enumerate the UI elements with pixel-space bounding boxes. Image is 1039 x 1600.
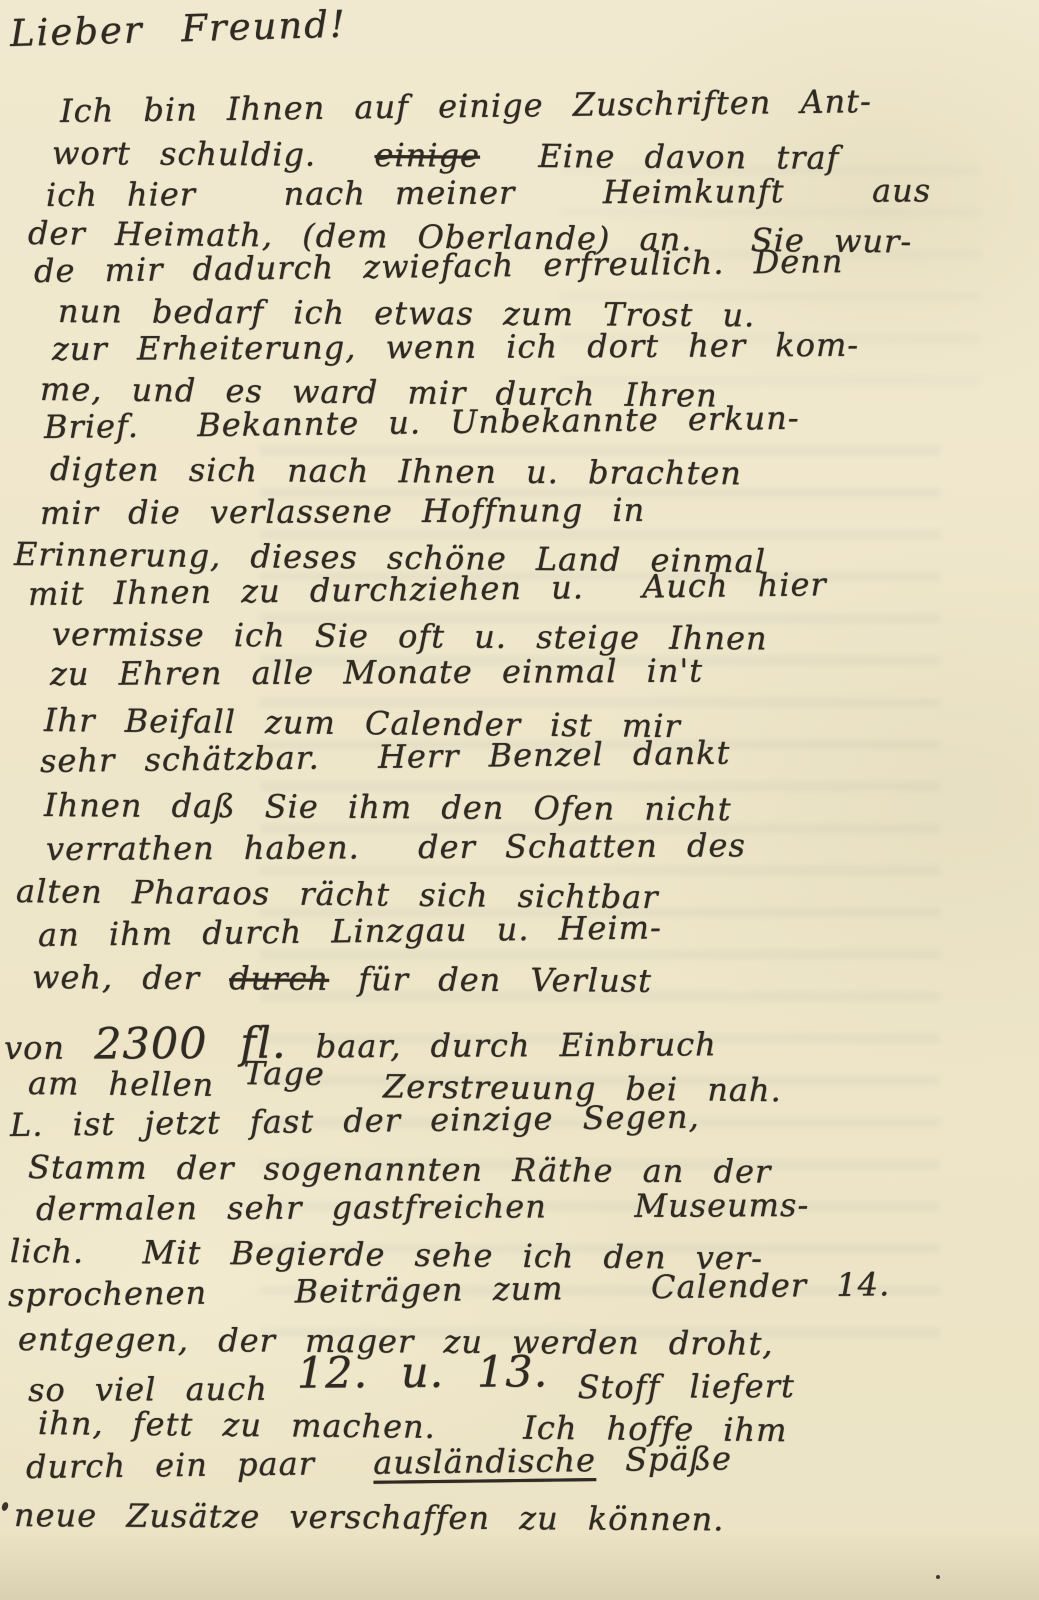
segment-text: zur Erheiterung, wenn ich dort her kom- [52,326,859,368]
segment-text: ich hier nach meiner Heimkunft aus [46,171,931,214]
segment-text: durch ein paar [26,1444,374,1486]
segment-text: sehr schätzbar. Herr Benzel dankt [40,734,731,780]
letter-line: von 2300 fl. baar, durch Einbruch [4,1016,717,1070]
letter-line: sprochenen Beiträgen zum Calender 14. [8,1265,891,1314]
segment-text: Ihnen daß Sie ihm den Ofen nicht [44,786,732,828]
segment-text: Ich bin Ihnen auf einige Zuschriften Ant… [60,82,872,130]
letter-line: Ihnen daß Sie ihm den Ofen nicht [44,786,732,828]
segment-text: weh, der [32,958,229,997]
letter-line: digten sich nach Ihnen u. brachten [50,450,742,492]
segment-text: Späße [596,1439,732,1479]
letter-line: ich hier nach meiner Heimkunft aus [46,171,931,214]
ink-speck [1,1501,10,1512]
letter-line: sehr schätzbar. Herr Benzel dankt [40,734,731,780]
segment-text: neue Zusätze verschaffen zu können. [14,1496,725,1538]
letter-page: Lieber Freund! Ich bin Ihnen auf einige … [0,0,1039,1600]
segment-text: wort schuldig. [52,134,375,174]
letter-line: Ich bin Ihnen auf einige Zuschriften Ant… [60,82,872,130]
segment-text: dermalen sehr gastfreichen Museums- [36,1186,809,1228]
segment-text: Eine davon traf [480,137,840,177]
segment-big-raised: 12. u. 13. [297,1347,549,1398]
segment-underline: ausländische [373,1441,596,1482]
segment-text: zu Ehren alle Monate einmal in't [50,652,703,693]
letter-line: L. ist jetzt fast der einzige Segen, [10,1098,700,1144]
segment-strike: durch [229,959,329,998]
segment-text: baar, durch Einbruch [286,1025,716,1065]
letter-line: so viel auch 12. u. 13. Stoff liefert [28,1358,795,1412]
segment-text: Stamm der sogenannten Räthe an der [28,1148,771,1191]
letter-line: an ihm durch Linzgau u. Heim- [38,908,662,954]
segment-text: an ihm durch Linzgau u. Heim- [38,908,662,954]
letter-line: Stamm der sogenannten Räthe an der [28,1148,771,1191]
ink-speck [936,1575,940,1579]
segment-text: so viel auch [28,1370,297,1409]
segment-text: am hellen [28,1064,244,1104]
segment-strike: einige [374,136,480,175]
segment-text: digten sich nach Ihnen u. brachten [50,450,742,492]
segment-text: Brief. Bekannte u. Unbekannte erkun- [44,399,800,446]
segment-text: verrathen haben. der Schatten des [46,826,746,868]
letter-line: Brief. Bekannte u. Unbekannte erkun- [44,399,800,446]
letter-line: weh, der durch für den Verlust [32,958,652,1000]
page-edge-shadow [0,1530,1039,1600]
segment-text: sprochenen Beiträgen zum Calender 14. [8,1265,891,1314]
salutation: Lieber Freund! [9,3,347,55]
letter-line: verrathen haben. der Schatten des [46,826,746,868]
letter-line: dermalen sehr gastfreichen Museums- [36,1186,809,1228]
letter-line: durch ein paar ausländische Späße [26,1439,732,1486]
segment-raised: Tage [243,1054,325,1093]
segment-text: von [4,1029,94,1067]
letter-line: neue Zusätze verschaffen zu können. [14,1496,725,1538]
segment-text: L. ist jetzt fast der einzige Segen, [10,1098,700,1144]
segment-text: Stoff liefert [548,1367,795,1406]
letter-line: zu Ehren alle Monate einmal in't [50,652,703,693]
letter-line: zur Erheiterung, wenn ich dort her kom- [52,326,859,368]
segment-text: für den Verlust [329,960,652,1000]
letter-line: wort schuldig. einige Eine davon traf [52,134,840,177]
letter-line: mir die verlassene Hoffnung in [40,491,645,532]
segment-text: mir die verlassene Hoffnung in [40,491,645,532]
